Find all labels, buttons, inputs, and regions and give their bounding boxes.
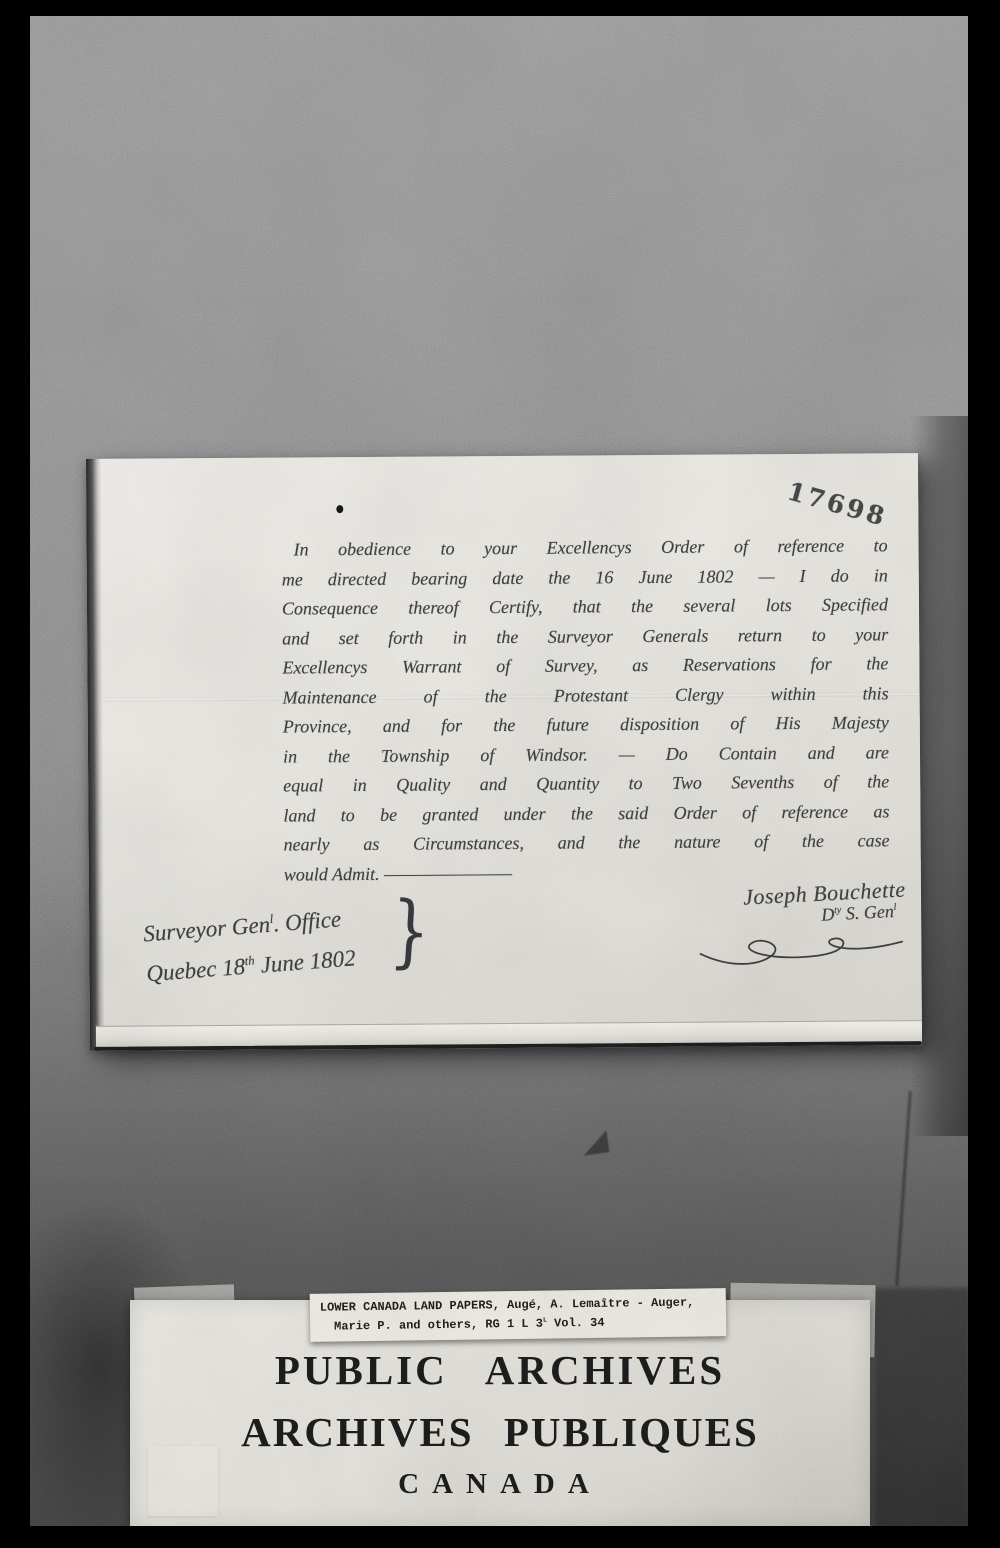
document-left-gutter-shadow	[86, 459, 105, 1051]
tape-piece	[148, 1446, 218, 1516]
handwriting-line: Consequence thereof Certify, that the se…	[282, 590, 888, 624]
handwriting-line: equal in Quality and Quantity to Two Sev…	[283, 767, 889, 801]
handwriting-line: Excellencys Warrant of Survey, as Reserv…	[282, 649, 888, 683]
signature-flourish	[695, 923, 909, 976]
background-smudge	[581, 1130, 610, 1155]
stamp-number: 17698	[784, 476, 890, 531]
handwritten-body: In obedience to your Excellencys Order o…	[281, 531, 889, 889]
signature-block: Joseph Bouchette Dty S. Genl	[685, 876, 909, 976]
ink-dot	[336, 505, 343, 513]
handwriting-line: Maintenance of the Protestant Clergy wit…	[283, 679, 889, 713]
archives-title-fr: ARCHIVES PUBLIQUES	[130, 1408, 870, 1456]
archives-title-canada: CANADA	[130, 1468, 870, 1501]
photo-background: 17698 In obedience to your Excellencys O…	[30, 16, 968, 1526]
background-crease	[895, 1091, 912, 1286]
handwriting-line: land to be granted under the said Order …	[283, 797, 889, 831]
handwriting-line: Province, and for the future disposition…	[283, 708, 889, 742]
handwriting-line: and set forth in the Surveyor Generals r…	[282, 620, 888, 654]
office-brace: }	[388, 883, 433, 978]
handwriting-line: In obedience to your Excellencys Order o…	[281, 531, 887, 565]
document-page: 17698 In obedience to your Excellencys O…	[86, 453, 922, 1051]
handwriting-line: in the Township of Windsor. — Do Contain…	[283, 738, 889, 772]
reference-label: LOWER CANADA LAND PAPERS, Augé, A. Lemaî…	[310, 1288, 727, 1342]
archival-photo-page: { "document": { "stamp": "17698", "body_…	[0, 0, 1000, 1548]
handwriting-line: nearly as Circumstances, and the nature …	[284, 826, 890, 860]
card-side-shadow	[875, 1288, 968, 1526]
handwriting-line: me directed bearing date the 16 June 180…	[282, 561, 888, 595]
archives-title-en: PUBLIC ARCHIVES	[130, 1346, 870, 1394]
office-block: Surveyor Genl. Office Quebec 18th June 1…	[142, 896, 357, 991]
